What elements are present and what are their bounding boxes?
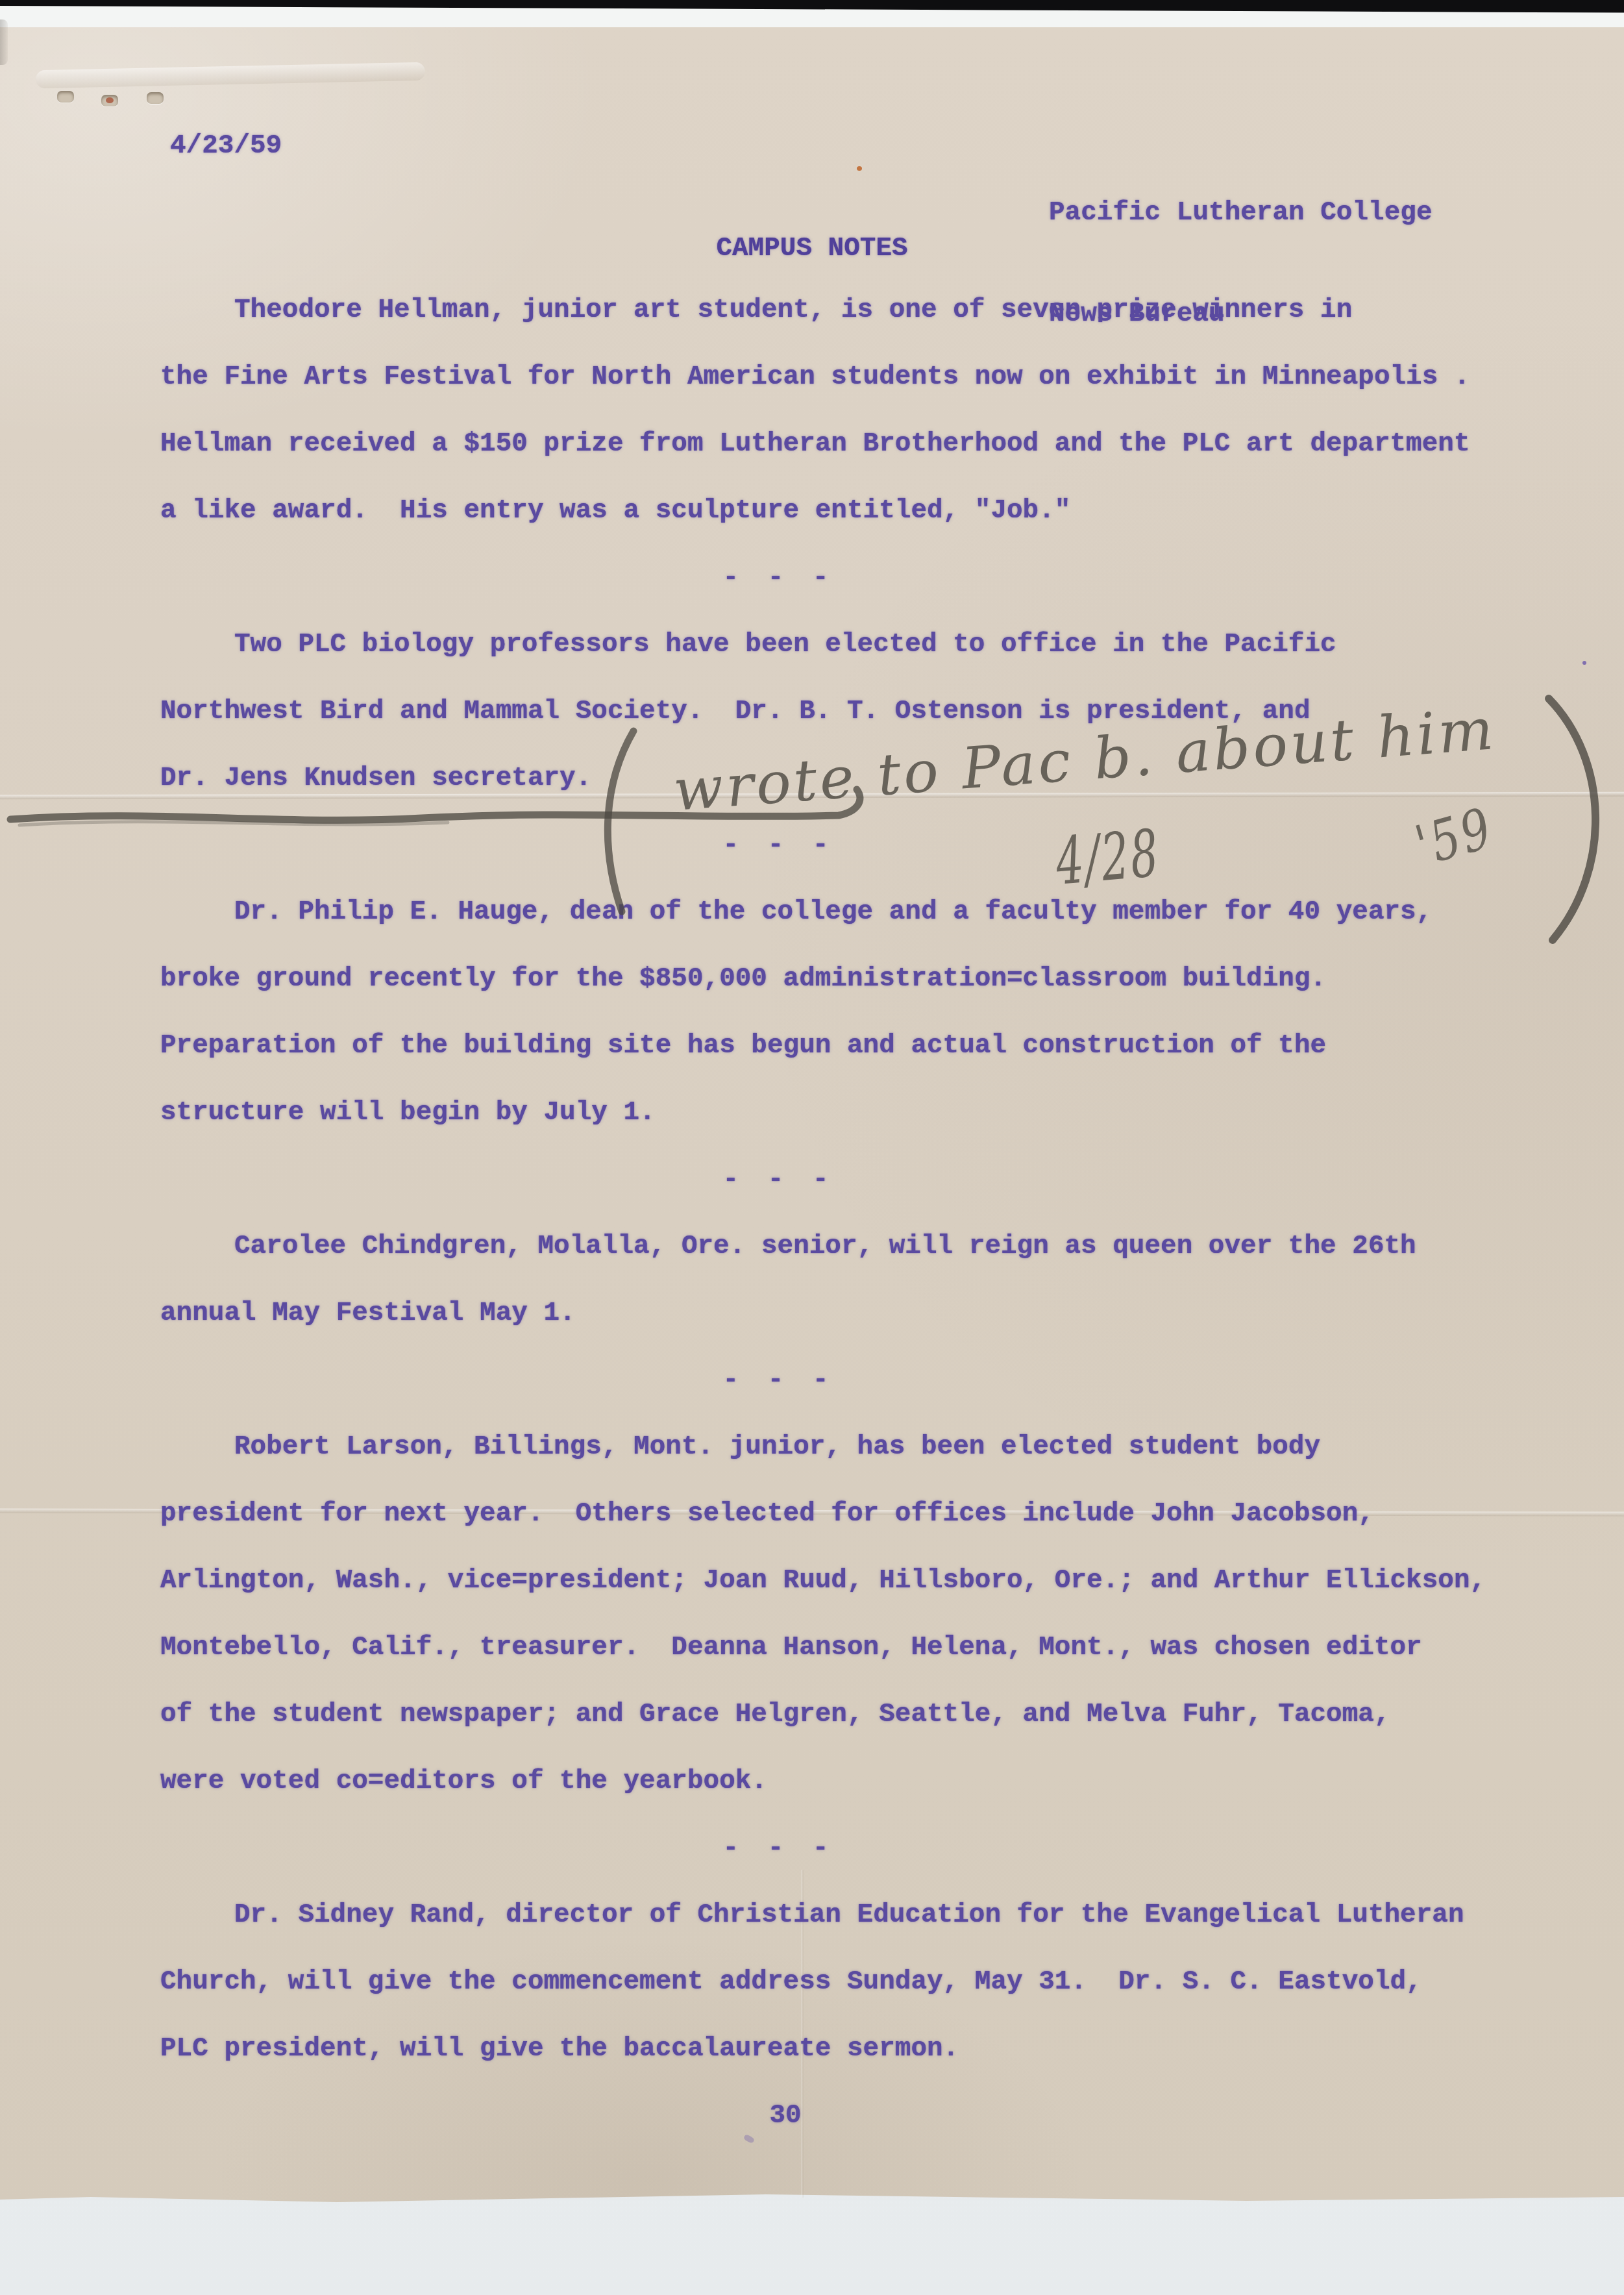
paper-speck — [857, 166, 862, 171]
separator-line: - - - — [160, 1347, 1549, 1414]
typed-line: Two PLC biology professors have been ele… — [160, 612, 1549, 678]
typed-line: Dr. Sidney Rand, director of Christian E… — [160, 1882, 1549, 1949]
typed-line: a like award. His entry was a sculpture … — [160, 478, 1549, 545]
typed-line: Robert Larson, Billings, Mont. junior, h… — [160, 1414, 1549, 1481]
page-number: 30 — [160, 2083, 1549, 2150]
body-text: Theodore Hellman, junior art student, is… — [160, 277, 1549, 2150]
typed-line: annual May Festival May 1. — [160, 1280, 1549, 1347]
typed-line: of the student newspaper; and Grace Helg… — [160, 1681, 1549, 1748]
organization-name: Pacific Lutheran College — [1049, 196, 1433, 230]
staple-rust-stain — [106, 97, 114, 103]
separator-line: - - - — [160, 545, 1549, 612]
typed-line: Northwest Bird and Mammal Society. Dr. B… — [160, 678, 1549, 745]
typed-line: Preparation of the building site has beg… — [160, 1013, 1549, 1080]
typed-line: Arlington, Wash., vice=president; Joan R… — [160, 1548, 1549, 1615]
page-title: CAMPUS NOTES — [0, 234, 1624, 264]
typed-line: Church, will give the commencement addre… — [160, 1949, 1549, 2016]
typed-date: 4/23/59 — [170, 131, 282, 161]
staple-hole — [147, 92, 164, 104]
typed-line: Dr. Jens Knudsen secretary. — [160, 745, 1549, 812]
typed-line: structure will begin by July 1. — [160, 1080, 1549, 1147]
paper-speck — [1582, 661, 1586, 665]
separator-line: - - - — [160, 1147, 1549, 1213]
typed-line: the Fine Arts Festival for North America… — [160, 344, 1549, 411]
typed-line: were voted co=editors of the yearbook. — [160, 1748, 1549, 1815]
typed-line: Montebello, Calif., treasurer. Deanna Ha… — [160, 1615, 1549, 1681]
separator-line: - - - — [160, 812, 1549, 879]
scanned-document-page: { "document": { "date": "4/23/59", "orga… — [0, 0, 1624, 2295]
typed-line: PLC president, will give the baccalaurea… — [160, 2016, 1549, 2083]
typed-line: president for next year. Others selected… — [160, 1481, 1549, 1548]
typed-line: broke ground recently for the $850,000 a… — [160, 946, 1549, 1013]
paper-edge-tear — [0, 19, 8, 65]
staple-hole — [57, 91, 74, 103]
typed-line: Carolee Chindgren, Molalla, Ore. senior,… — [160, 1213, 1549, 1280]
separator-line: - - - — [160, 1815, 1549, 1882]
typed-line: Hellman received a $150 prize from Luthe… — [160, 411, 1549, 478]
typed-line: Theodore Hellman, junior art student, is… — [160, 277, 1549, 344]
typed-line: Dr. Philip E. Hauge, dean of the college… — [160, 879, 1549, 946]
